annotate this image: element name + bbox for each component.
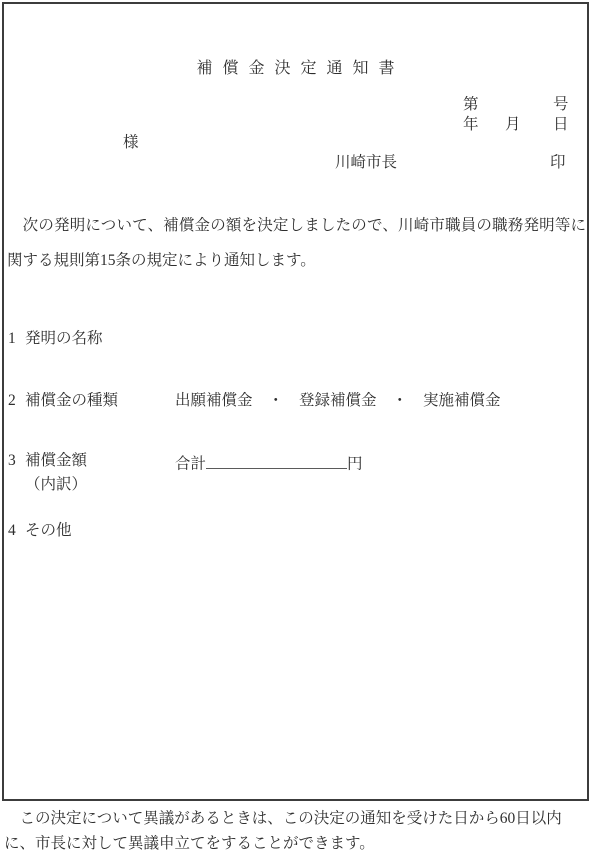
document-title: 補償金決定通知書 <box>0 61 591 77</box>
item1-number: 1 <box>8 331 16 347</box>
issuer-name: 川崎市長 <box>335 155 397 171</box>
item3-label: 補償金額 <box>25 453 87 469</box>
date-year-label: 年 <box>463 117 479 133</box>
appeal-note: この決定について異議があるときは、この決定の通知を受けた日から60日以内に、市長… <box>4 807 589 853</box>
item1-label: 発明の名称 <box>25 331 103 347</box>
total-label: 合計 <box>175 456 206 473</box>
item4-number: 4 <box>8 523 16 539</box>
date-month-label: 月 <box>505 117 521 133</box>
doc-number-suffix: 号 <box>553 97 569 113</box>
total-amount-blank <box>206 453 347 469</box>
intro-paragraph: 次の発明について、補償金の額を決定しましたので、川崎市職員の職務発明等に関する規… <box>7 208 586 278</box>
item3-number: 3 <box>8 453 16 469</box>
item2-number: 2 <box>8 393 16 409</box>
item3-total-row: 合計円 <box>175 453 363 472</box>
yen-unit-label: 円 <box>347 456 363 473</box>
item2-options: 出願補償金 ・ 登録補償金 ・ 実施補償金 <box>175 393 501 409</box>
item3-sublabel: （内訳） <box>25 477 87 493</box>
addressee-honorific: 様 <box>123 135 139 151</box>
document-page: 補償金決定通知書 第 号 年 月 日 様 川崎市長 印 次の発明について、補償金… <box>0 0 591 853</box>
seal-placeholder: 印 <box>550 155 566 171</box>
item4-label: その他 <box>25 523 72 539</box>
doc-number-prefix: 第 <box>463 97 479 113</box>
item2-label: 補償金の種類 <box>25 393 118 409</box>
date-day-label: 日 <box>553 117 569 133</box>
